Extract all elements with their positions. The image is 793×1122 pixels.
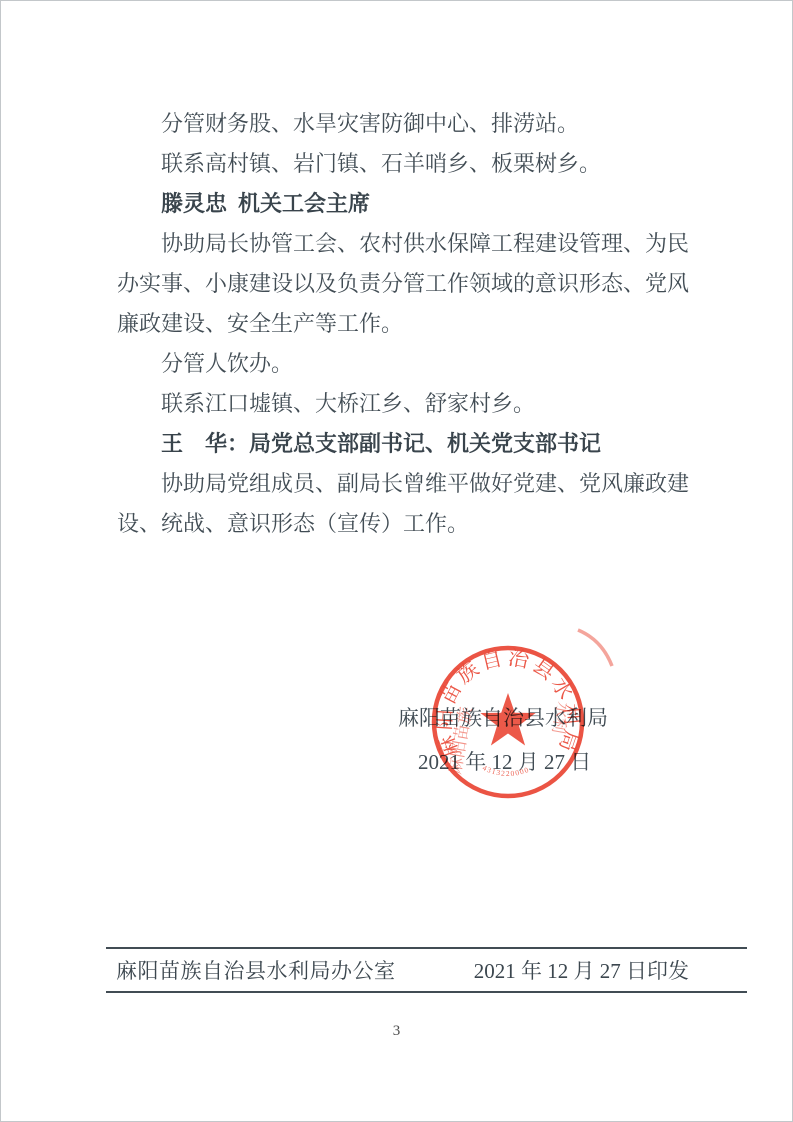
page-number: 3 — [1, 1023, 792, 1040]
document-footer: 麻阳苗族自治县水利局办公室 2021 年 12 月 27 日印发 — [106, 947, 747, 993]
svg-text:4313220000: 4313220000 — [481, 763, 531, 778]
body-paragraph: 分管人饮办。 — [117, 344, 689, 384]
body-paragraph: 协助局党组成员、副局长曾维平做好党建、党风廉政建设、统战、意识形态（宣传）工作。 — [117, 464, 689, 544]
official-seal-stamp: 麻阳苗族自治县水利局 4313220000 麻阳苗族 水利 — [416, 627, 616, 817]
footer-bottom-rule — [106, 991, 747, 993]
document-body: 分管财务股、水旱灾害防御中心、排涝站。 联系高村镇、岩门镇、石羊哨乡、板栗树乡。… — [117, 104, 689, 544]
document-page: 分管财务股、水旱灾害防御中心、排涝站。 联系高村镇、岩门镇、石羊哨乡、板栗树乡。… — [0, 0, 793, 1122]
seal-code: 4313220000 — [481, 763, 531, 778]
body-paragraph: 联系高村镇、岩门镇、石羊哨乡、板栗树乡。 — [117, 144, 689, 184]
officer-heading: 滕灵忠 机关工会主席 — [117, 184, 689, 224]
officer-heading: 王 华：局党总支部副书记、机关党支部书记 — [117, 424, 689, 464]
body-paragraph: 分管财务股、水旱灾害防御中心、排涝站。 — [117, 104, 689, 144]
seal-ghost-arc — [578, 630, 612, 666]
footer-print-date: 2021 年 12 月 27 日印发 — [474, 955, 689, 985]
seal-star-icon — [480, 693, 535, 746]
footer-office: 麻阳苗族自治县水利局办公室 — [116, 955, 396, 985]
body-paragraph: 协助局长协管工会、农村供水保障工程建设管理、为民办实事、小康建设以及负责分管工作… — [117, 224, 689, 344]
body-paragraph: 联系江口墟镇、大桥江乡、舒家村乡。 — [117, 384, 689, 424]
